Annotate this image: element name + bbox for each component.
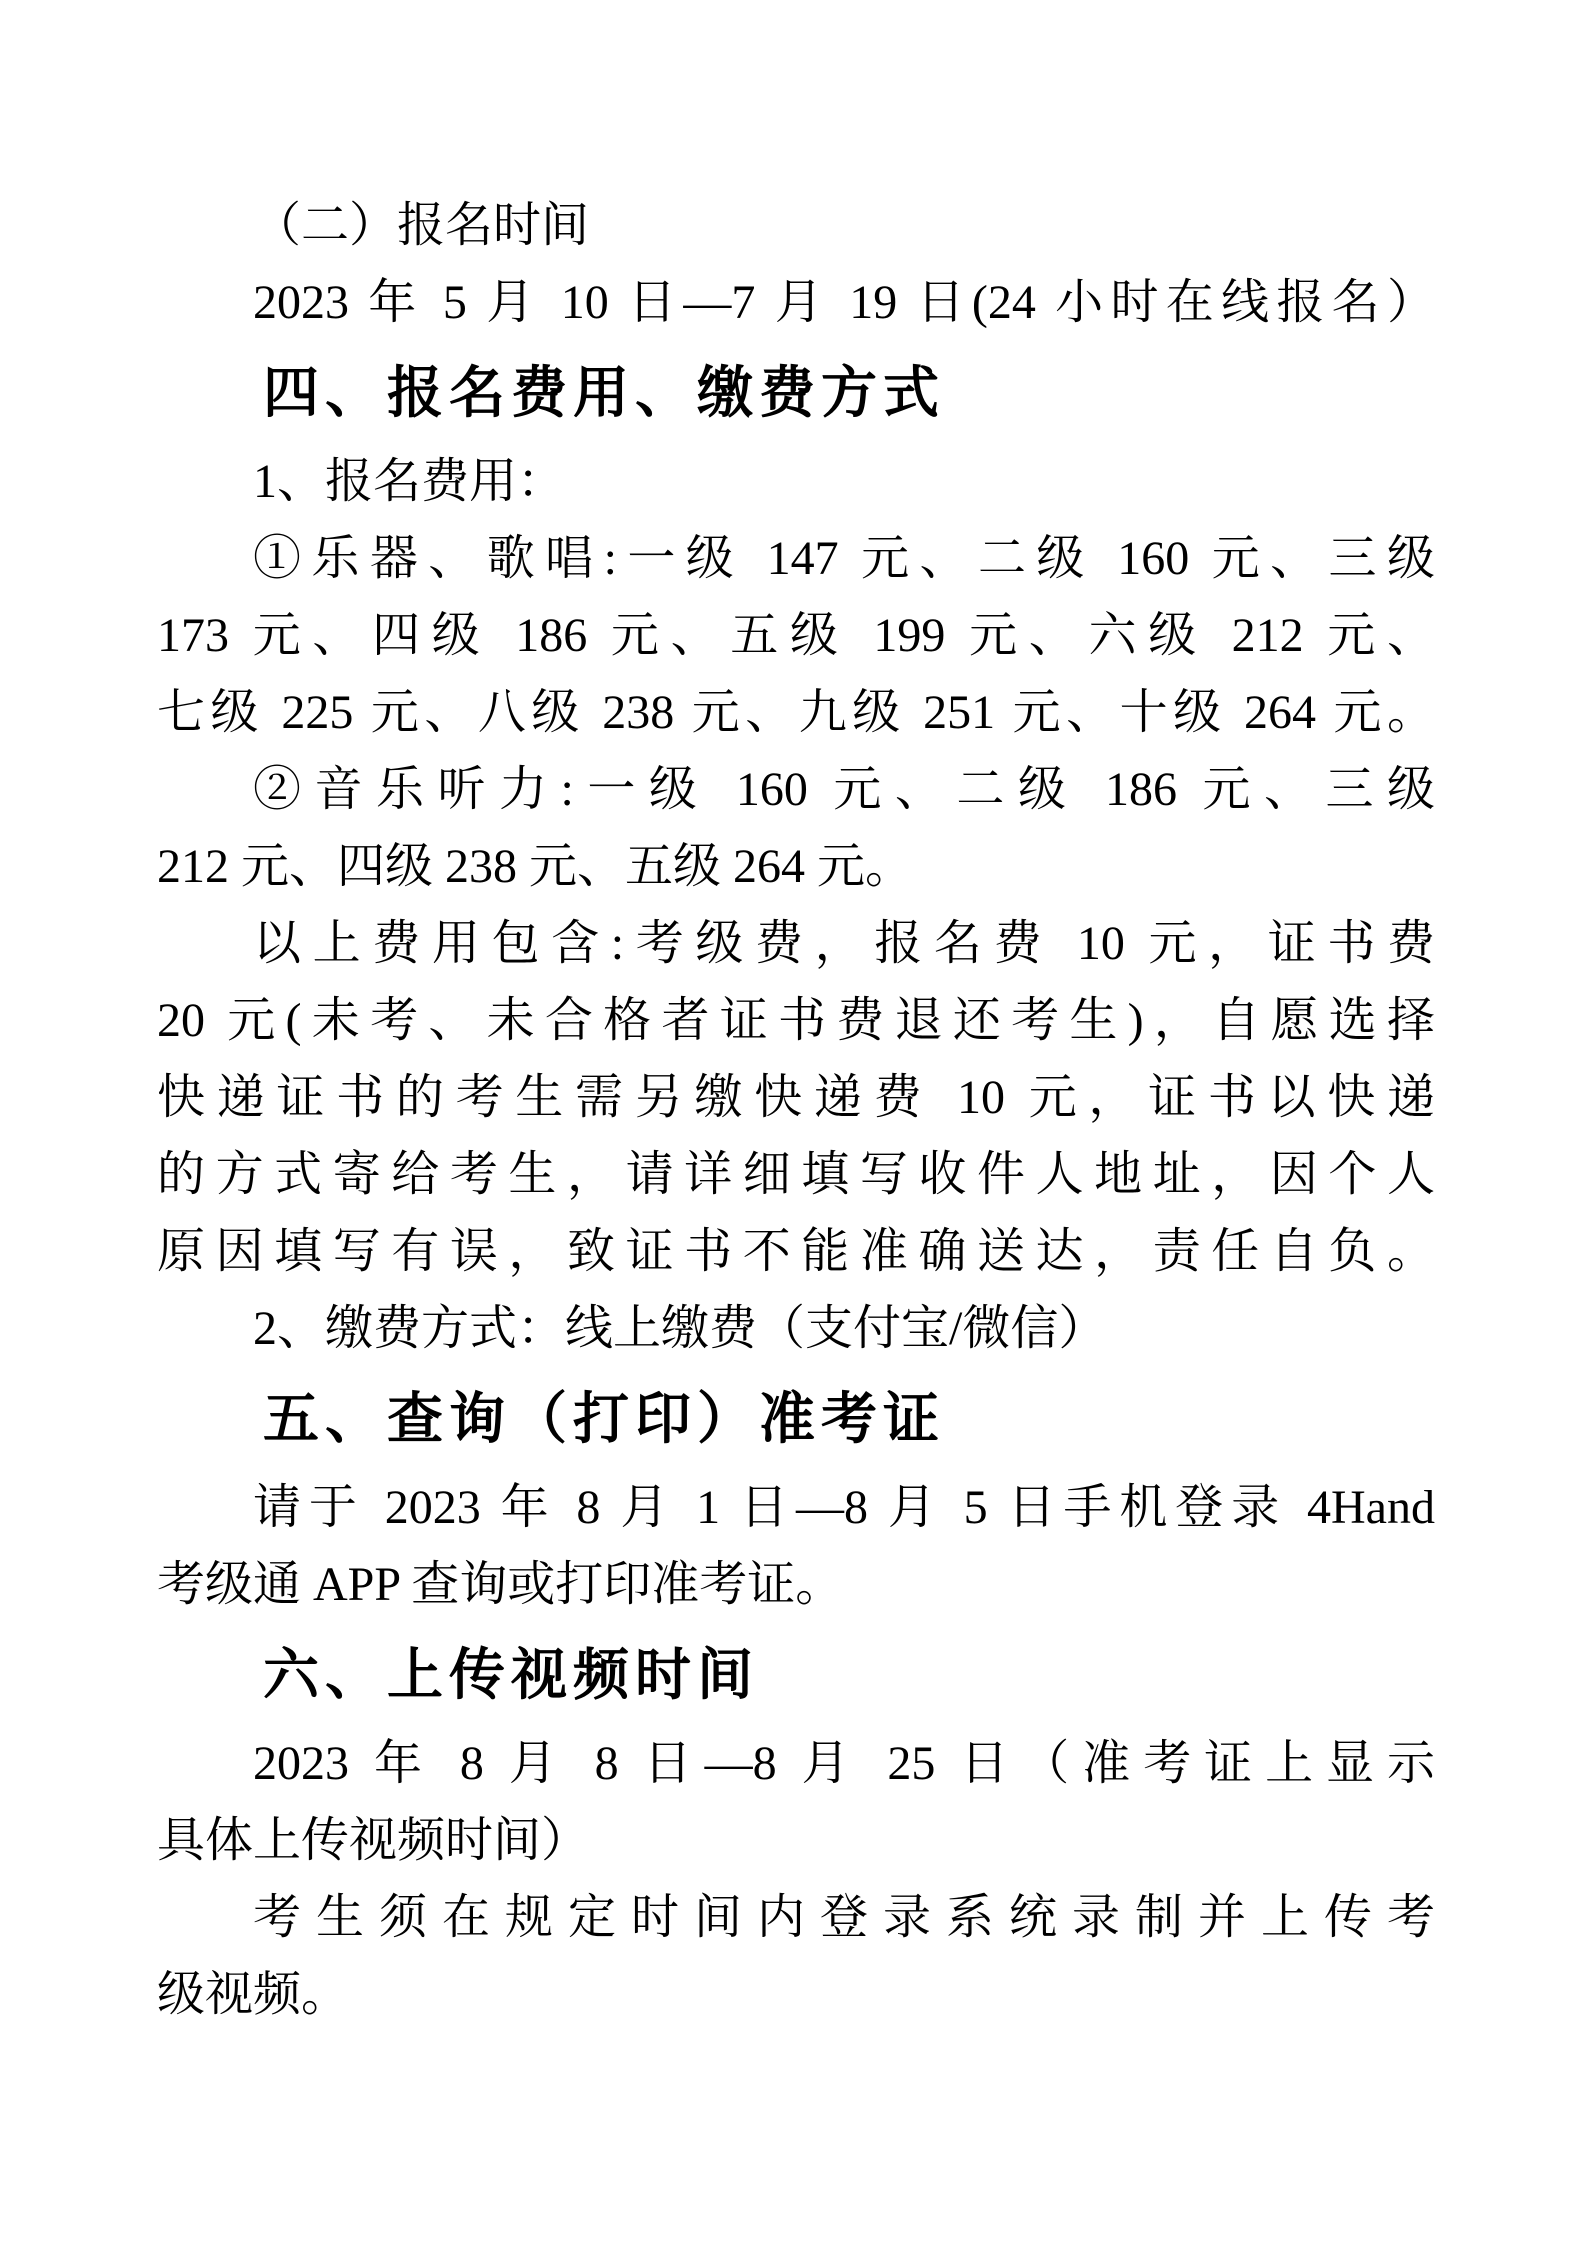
paragraph-line: 1、报名费用： xyxy=(157,443,1435,520)
paragraph-line: 具体上传视频时间） xyxy=(157,1802,1435,1879)
heading-section-5: 五、查询（打印）准考证 xyxy=(157,1377,1435,1461)
heading-section-4: 四、报名费用、缴费方式 xyxy=(157,351,1435,435)
paragraph-line: 请于 2023 年 8 月 1 日—8 月 5 日手机登录 4Hand xyxy=(157,1469,1435,1546)
paragraph-line: 以上费用包含:考级费，报名费 10 元，证书费 xyxy=(157,905,1435,982)
paragraph-line: 2023 年 8 月 8 日—8 月 25 日（准考证上显示 xyxy=(157,1725,1435,1802)
document-page: （二）报名时间 2023 年 5 月 10 日—7 月 19 日(24 小时在线… xyxy=(0,0,1587,2245)
paragraph-line: ①乐器、歌唱:一级 147 元、二级 160 元、三级 xyxy=(157,520,1435,597)
paragraph-line: 原因填写有误，致证书不能准确送达，责任自负。 xyxy=(157,1213,1435,1290)
paragraph-line: 级视频。 xyxy=(157,1956,1435,2033)
paragraph-line: 七级 225 元、八级 238 元、九级 251 元、十级 264 元。 xyxy=(157,674,1435,751)
document-content: （二）报名时间 2023 年 5 月 10 日—7 月 19 日(24 小时在线… xyxy=(157,187,1435,2033)
paragraph-line: 考级通 APP 查询或打印准考证。 xyxy=(157,1546,1435,1623)
subsection-title-registration-time: （二）报名时间 xyxy=(157,187,1435,264)
paragraph-line: 2023 年 5 月 10 日—7 月 19 日(24 小时在线报名） xyxy=(157,264,1435,341)
heading-section-6: 六、上传视频时间 xyxy=(157,1633,1435,1717)
paragraph-line: 的方式寄给考生，请详细填写收件人地址，因个人 xyxy=(157,1136,1435,1213)
paragraph-line: 212 元、四级 238 元、五级 264 元。 xyxy=(157,828,1435,905)
paragraph-line: ②音乐听力:一级 160 元、二级 186 元、三级 xyxy=(157,751,1435,828)
paragraph-line: 173 元、四级 186 元、五级 199 元、六级 212 元、 xyxy=(157,597,1435,674)
paragraph-line: 20 元(未考、未合格者证书费退还考生)，自愿选择 xyxy=(157,982,1435,1059)
paragraph-line: 快递证书的考生需另缴快递费 10 元，证书以快递 xyxy=(157,1059,1435,1136)
paragraph-line: 2、缴费方式：线上缴费（支付宝/微信） xyxy=(157,1290,1435,1367)
paragraph-line: 考生须在规定时间内登录系统录制并上传考 xyxy=(157,1879,1435,1956)
